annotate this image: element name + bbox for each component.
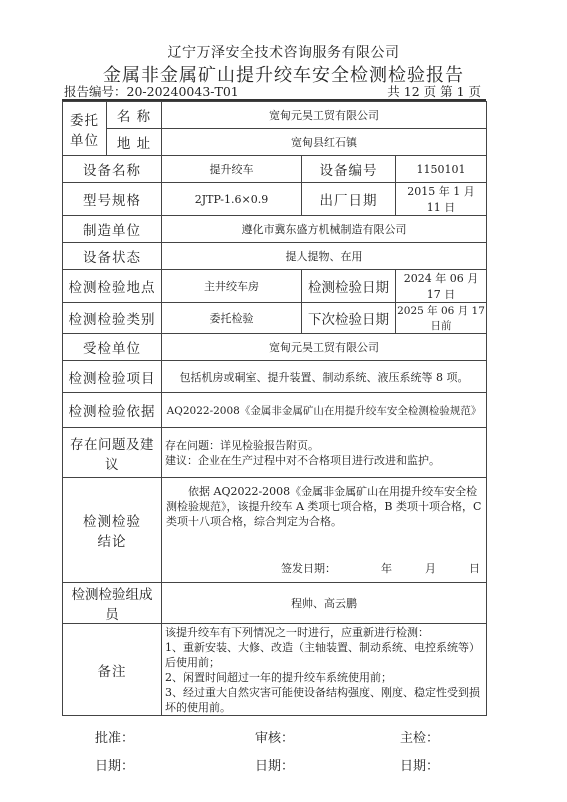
equipment-number-value: 1150101 (396, 156, 487, 183)
items-value: 包括机房或硐室、提升装置、制动系统、液压系统等 8 项。 (162, 361, 487, 393)
conclusion-value: 依据 AQ2022-2008《金属非金属矿山在用提升绞车安全检测检验规范》，该提… (162, 478, 487, 583)
table-row: 检测检验 结论 依据 AQ2022-2008《金属非金属矿山在用提升绞车安全检测… (63, 478, 487, 583)
equipment-name-label: 设备名称 (63, 156, 162, 183)
manufacturer-label: 制造单位 (63, 216, 162, 243)
approve-label: 批准： (95, 727, 134, 746)
table-row: 存在问题及建议 存在问题：详见检验报告附页。 建议：企业在生产过程中对不合格项目… (63, 428, 487, 478)
next-date-value: 2025 年 06 月 17 日前 (396, 303, 487, 334)
basis-value: AQ2022-2008《金属非金属矿山在用提升绞车安全检测检验规范》 (162, 393, 487, 428)
inspection-date-value: 2024 年 06 月 17 日 (396, 270, 487, 303)
chief-date-label: 日期： (400, 755, 439, 774)
table-row: 检测检验项目 包括机房或硐室、提升装置、制动系统、液压系统等 8 项。 (63, 361, 487, 393)
table-row: 检测检验地点 主井绞车房 检测检验日期 2024 年 06 月 17 日 (63, 270, 487, 303)
inspected-unit-value: 宽甸元昊工贸有限公司 (162, 334, 487, 361)
remark-line: 3、经过重大自然灾害可能使设备结构强度、刚度、稳定性受到损坏的使用前。 (165, 685, 483, 715)
table-row: 设备状态 提人提物、在用 (63, 243, 487, 270)
report-number-value: 20-20240043-T01 (127, 84, 239, 99)
basis-label: 检测检验依据 (63, 393, 162, 428)
client-name-value: 宽甸元昊工贸有限公司 (162, 102, 487, 129)
sign-date-label: 签发日期： (281, 561, 336, 576)
inspection-date-label: 检测检验日期 (302, 270, 396, 303)
remark-line: 2、闲置时间超过一年的提升绞车系统使用前； (165, 670, 483, 685)
location-label: 检测检验地点 (63, 270, 162, 303)
conclusion-label: 检测检验 结论 (63, 478, 162, 583)
sign-month: 月 (425, 561, 436, 576)
items-label: 检测检验项目 (63, 361, 162, 393)
client-name-label: 名 称 (107, 102, 162, 129)
client-label-line: 委托 (66, 109, 103, 129)
type-value: 委托检验 (162, 303, 302, 334)
status-label: 设备状态 (63, 243, 162, 270)
approve-date-label: 日期： (95, 755, 134, 774)
table-row: 制造单位 遵化市冀东盛方机械制造有限公司 (63, 216, 487, 243)
next-date-label: 下次检验日期 (302, 303, 396, 334)
issues-value: 存在问题：详见检验报告附页。 建议：企业在生产过程中对不合格项目进行改进和监护。 (162, 428, 487, 478)
remark-line: 该提升绞车有下列情况之一时进行，应重新进行检测： (165, 625, 483, 640)
model-value: 2JTP-1.6×0.9 (162, 183, 302, 216)
report-table: 委托 单位 名 称 宽甸元昊工贸有限公司 地 址 宽甸县红石镇 设备名称 提升绞… (62, 101, 487, 716)
conclusion-text: 依据 AQ2022-2008《金属非金属矿山在用提升绞车安全检测检验规范》，该提… (166, 484, 482, 529)
table-row: 地 址 宽甸县红石镇 (63, 129, 487, 156)
suggestion-line: 建议：企业在生产过程中对不合格项目进行改进和监护。 (165, 453, 483, 468)
members-label: 检测检验组成员 (63, 583, 162, 624)
equipment-name-value: 提升绞车 (162, 156, 302, 183)
factory-date-value: 2015 年 1 月 11 日 (396, 183, 487, 216)
equipment-number-label: 设备编号 (302, 156, 396, 183)
table-row: 检测检验组成员 程帅、高云鹏 (63, 583, 487, 624)
status-value: 提人提物、在用 (162, 243, 487, 270)
remark-line: 1、重新安装、大修、改造（主轴装置、制动系统、电控系统等）后使用前； (165, 640, 483, 670)
review-label: 审核： (255, 727, 294, 746)
location-value: 主井绞车房 (162, 270, 302, 303)
sign-date: 签发日期： 年 月 日 (281, 561, 480, 576)
table-row: 备注 该提升绞车有下列情况之一时进行，应重新进行检测： 1、重新安装、大修、改造… (63, 624, 487, 716)
client-address-value: 宽甸县红石镇 (162, 129, 487, 156)
table-row: 委托 单位 名 称 宽甸元昊工贸有限公司 (63, 102, 487, 129)
inspected-unit-label: 受检单位 (63, 334, 162, 361)
factory-date-label: 出厂日期 (302, 183, 396, 216)
client-label-line: 单位 (66, 129, 103, 149)
remarks-value: 该提升绞车有下列情况之一时进行，应重新进行检测： 1、重新安装、大修、改造（主轴… (162, 624, 487, 716)
remarks-label: 备注 (63, 624, 162, 716)
review-date-label: 日期： (255, 755, 294, 774)
chief-inspector-label: 主检： (400, 727, 439, 746)
type-label: 检测检验类别 (63, 303, 162, 334)
table-row: 型号规格 2JTP-1.6×0.9 出厂日期 2015 年 1 月 11 日 (63, 183, 487, 216)
conclusion-label-line: 检测检验 (66, 510, 158, 530)
sign-year: 年 (381, 561, 392, 576)
table-row: 检测检验依据 AQ2022-2008《金属非金属矿山在用提升绞车安全检测检验规范… (63, 393, 487, 428)
issues-label: 存在问题及建议 (63, 428, 162, 478)
conclusion-label-line: 结论 (66, 530, 158, 550)
manufacturer-value: 遵化市冀东盛方机械制造有限公司 (162, 216, 487, 243)
company-name: 辽宁万泽安全技术咨询服务有限公司 (0, 42, 567, 62)
page-count: 共 12 页 第 1 页 (387, 82, 481, 100)
model-label: 型号规格 (63, 183, 162, 216)
client-group-label: 委托 单位 (63, 102, 107, 156)
table-row: 受检单位 宽甸元昊工贸有限公司 (63, 334, 487, 361)
table-row: 设备名称 提升绞车 设备编号 1150101 (63, 156, 487, 183)
client-address-label: 地 址 (107, 129, 162, 156)
issues-line: 存在问题：详见检验报告附页。 (165, 438, 483, 453)
sign-day: 日 (469, 561, 480, 576)
table-row: 检测检验类别 委托检验 下次检验日期 2025 年 06 月 17 日前 (63, 303, 487, 334)
members-value: 程帅、高云鹏 (162, 583, 487, 624)
report-number-label: 报告编号： (64, 84, 127, 99)
